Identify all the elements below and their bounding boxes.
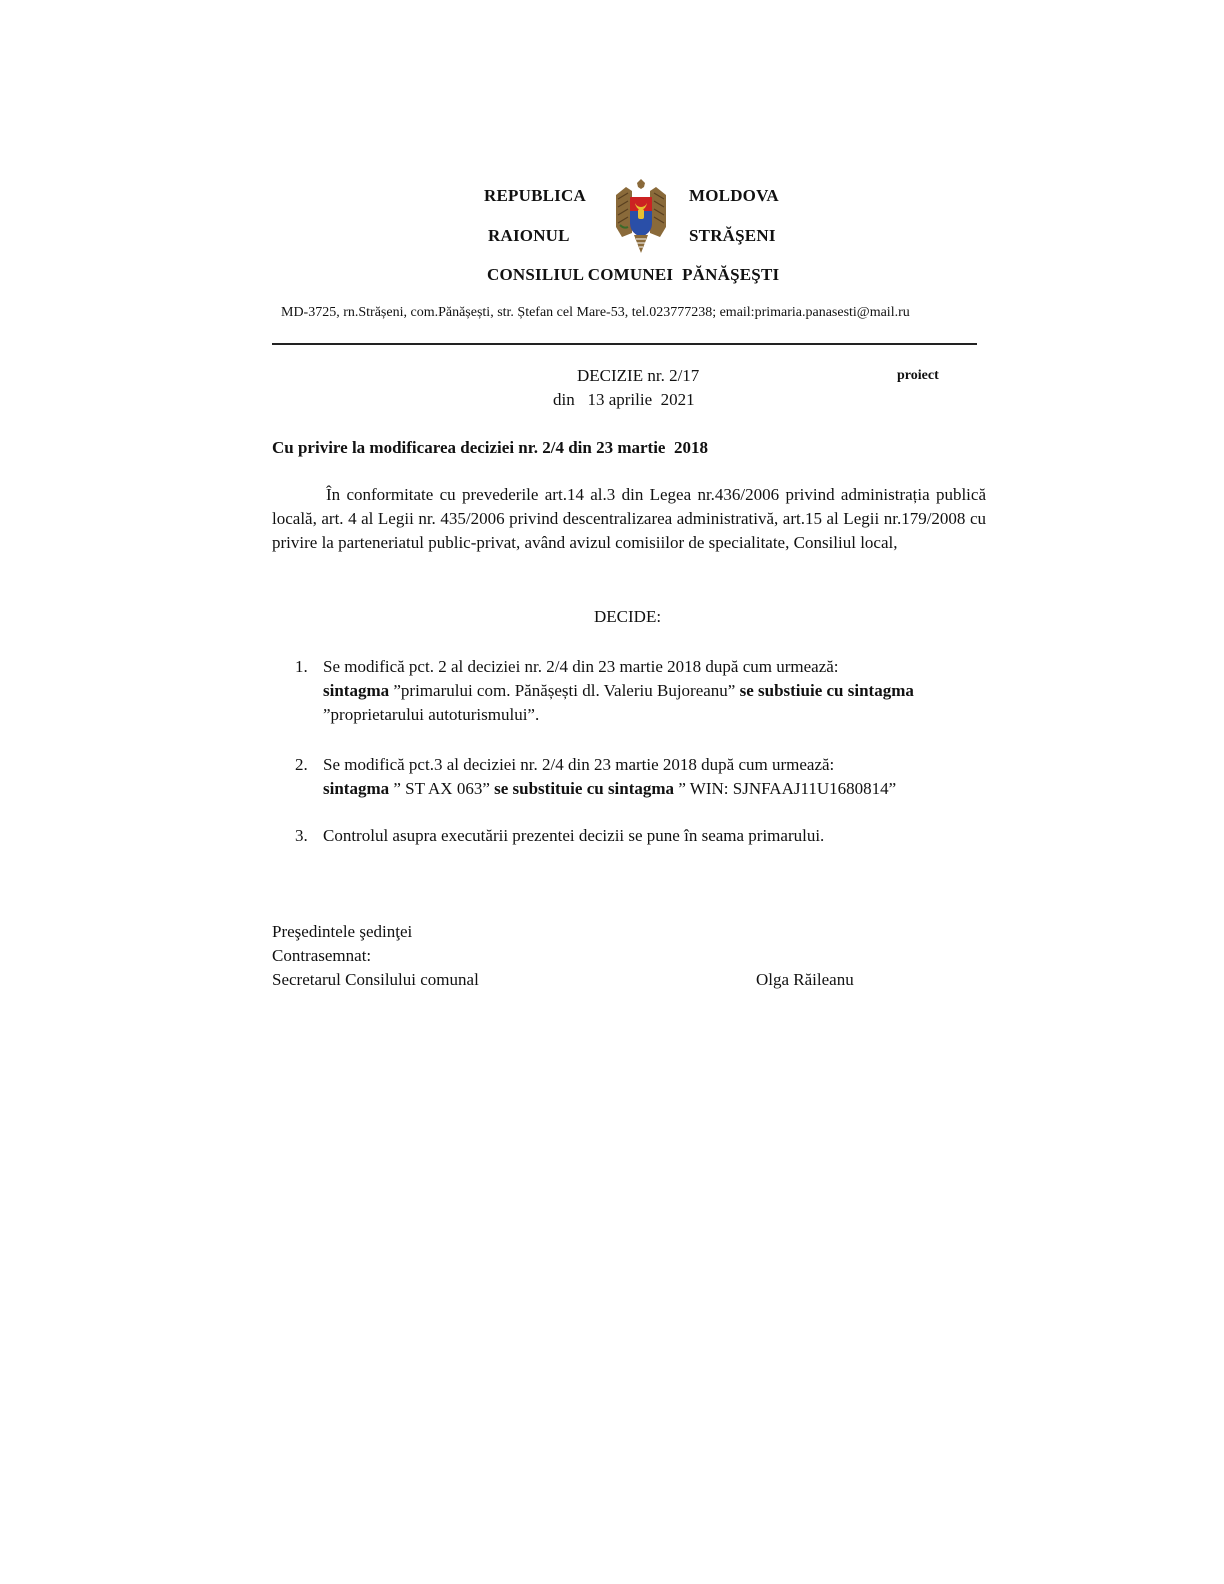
item-bold: sintagma bbox=[323, 681, 389, 700]
signature-secretary-title: Secretarul Consilului comunal bbox=[272, 970, 479, 990]
decision-item-1: 1. Se modifică pct. 2 al deciziei nr. 2/… bbox=[295, 655, 975, 727]
header-republica: REPUBLICA bbox=[484, 186, 586, 206]
item-number: 2. bbox=[295, 753, 319, 777]
item-text: ” ST AX 063” bbox=[389, 779, 494, 798]
header-straseni: STRĂŞENI bbox=[689, 226, 776, 246]
header-moldova: MOLDOVA bbox=[689, 186, 779, 206]
draft-status-label: proiect bbox=[897, 368, 939, 384]
item-bold: se substituie cu sintagma bbox=[494, 779, 674, 798]
coat-of-arms-icon bbox=[612, 177, 670, 257]
header-divider bbox=[272, 343, 977, 345]
decision-subject: Cu privire la modificarea deciziei nr. 2… bbox=[272, 438, 708, 458]
decision-item-3: 3. Controlul asupra executării prezentei… bbox=[295, 824, 975, 848]
signature-countersigned: Contrasemnat: bbox=[272, 946, 371, 966]
header-council: CONSILIUL COMUNEI PĂNĂŞEŞTI bbox=[487, 265, 779, 285]
decision-title: DECIZIE nr. 2/17 bbox=[577, 366, 699, 386]
item-number: 3. bbox=[295, 824, 319, 848]
decision-date: din 13 aprilie 2021 bbox=[553, 390, 695, 410]
signature-secretary-name: Olga Răileanu bbox=[756, 970, 854, 990]
preamble-paragraph: În conformitate cu prevederile art.14 al… bbox=[272, 483, 986, 555]
item-line: Se modifică pct.3 al deciziei nr. 2/4 di… bbox=[323, 753, 975, 777]
decide-heading: DECIDE: bbox=[594, 607, 661, 627]
item-line: Controlul asupra executării prezentei de… bbox=[323, 824, 975, 848]
decision-item-2: 2. Se modifică pct.3 al deciziei nr. 2/4… bbox=[295, 753, 975, 801]
item-bold: sintagma bbox=[323, 779, 389, 798]
item-line: Se modifică pct. 2 al deciziei nr. 2/4 d… bbox=[323, 655, 975, 679]
signature-chair: Preşedintele şedinţei bbox=[272, 922, 412, 942]
address-line: MD-3725, rn.Strășeni, com.Pănășești, str… bbox=[281, 305, 910, 321]
item-text: ”proprietarului autoturismului”. bbox=[323, 703, 975, 727]
preamble-text: În conformitate cu prevederile art.14 al… bbox=[272, 485, 986, 552]
item-text: ”primarului com. Pănășești dl. Valeriu B… bbox=[389, 681, 739, 700]
item-bold: se substiuie cu sintagma bbox=[740, 681, 914, 700]
item-text: ” WIN: SJNFAAJ11U1680814” bbox=[674, 779, 896, 798]
item-number: 1. bbox=[295, 655, 319, 679]
header-raionul: RAIONUL bbox=[488, 226, 570, 246]
